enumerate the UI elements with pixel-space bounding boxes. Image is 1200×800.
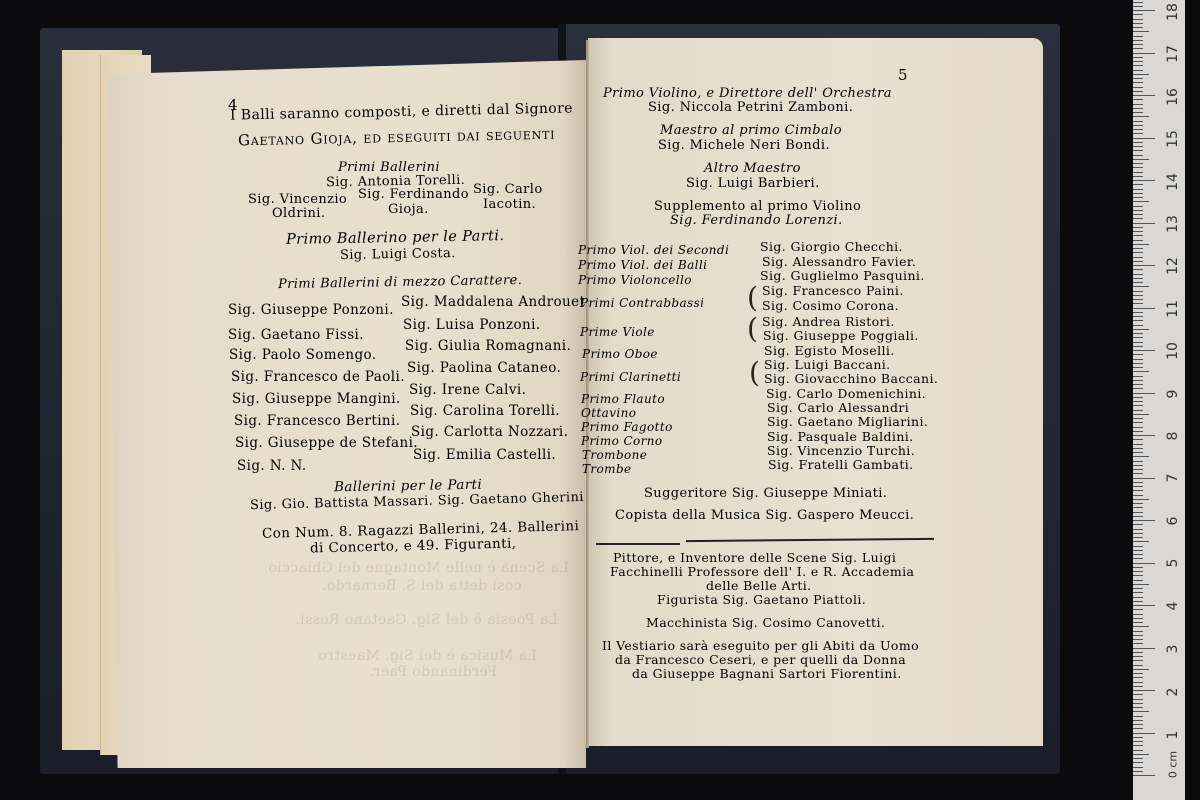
ruler-tick [1133, 609, 1143, 610]
ruler-tick [1133, 40, 1143, 41]
ruler-tick [1133, 486, 1143, 487]
ruler-tick [1133, 363, 1143, 364]
ruler-tick [1133, 405, 1143, 406]
ruler-tick [1133, 537, 1143, 538]
ruler-tick [1133, 550, 1143, 551]
ruler-tick [1133, 380, 1143, 381]
brace-icon: ( [749, 359, 760, 387]
ruler-tick [1133, 762, 1143, 763]
ruler-tick [1133, 10, 1155, 11]
ruler-tick [1133, 312, 1143, 313]
ruler-tick [1133, 393, 1155, 394]
ruler-tick [1133, 291, 1143, 292]
brace-icon: ( [747, 284, 758, 312]
ruler-number: 14 [1165, 170, 1181, 194]
ruler-tick [1133, 533, 1143, 534]
ruler-number: 4 [1165, 594, 1181, 618]
ruler-tick [1133, 278, 1143, 279]
role-title: Primo Violino, e Direttore dell' Orchest… [603, 86, 892, 101]
ruler-tick [1133, 78, 1143, 79]
ruler-tick [1133, 27, 1143, 28]
measuring-ruler: 0 cm 1 2 3 4 5 6 7 8 9 10 11 12 13 14 15… [1133, 0, 1185, 800]
ruler-tick [1133, 142, 1143, 143]
dancer-name: Sig. Giuseppe Mangini. [232, 391, 401, 407]
ruler-tick [1133, 282, 1143, 283]
ruler-tick [1133, 57, 1143, 58]
ruler-tick [1133, 584, 1149, 585]
dancer-name: Oldrini. [272, 206, 325, 221]
ruler-tick [1133, 159, 1149, 160]
musician-name: Sig. Pasquale Baldini. [767, 429, 914, 444]
ruler-tick [1133, 104, 1143, 105]
ruler-tick [1133, 206, 1143, 207]
dancer-name: Sig. Giuseppe Ponzoni. [228, 302, 394, 318]
vestiario-line-3: da Giuseppe Bagnani Sartori Fiorentini. [632, 666, 902, 681]
musician-name: Sig. Francesco Paini. [762, 283, 904, 298]
ruler-tick [1133, 677, 1143, 678]
ruler-tick [1133, 129, 1143, 130]
ruler-tick [1133, 431, 1143, 432]
ruler-tick [1133, 699, 1143, 700]
ruler-number: 7 [1165, 466, 1181, 490]
ruler-tick [1133, 14, 1143, 15]
bleed-through-text: La Poesia è del Sig. Gaetano Rossi. [295, 612, 558, 628]
ruler-tick [1133, 269, 1143, 270]
role-name: Sig. Michele Neri Bondi. [658, 138, 830, 153]
ruler-tick [1133, 435, 1155, 436]
ruler-tick [1133, 274, 1143, 275]
musician-name: Sig. Guglielmo Pasquini. [760, 268, 925, 283]
dancer-name: Sig. Luisa Ponzoni. [403, 317, 541, 333]
ruler-tick [1133, 452, 1143, 453]
page-number-right: 5 [898, 66, 908, 84]
ruler-tick [1133, 172, 1143, 173]
divider-rule [596, 543, 680, 545]
ruler-tick [1133, 469, 1143, 470]
role-name: Sig. Ferdinando Lorenzi. [670, 213, 843, 228]
ruler-tick [1133, 575, 1143, 576]
brace-icon: ( [747, 315, 758, 343]
ruler-tick [1133, 36, 1143, 37]
ruler-tick [1133, 6, 1143, 7]
ruler-tick [1133, 422, 1143, 423]
ruler-number: 12 [1165, 254, 1181, 278]
ruler-tick [1133, 227, 1143, 228]
ruler-tick [1133, 745, 1143, 746]
ruler-tick [1133, 367, 1143, 368]
ruler-tick [1133, 180, 1155, 181]
instrument-label: Primo Corno [581, 434, 663, 448]
ruler-tick [1133, 648, 1155, 649]
ruler-tick [1133, 626, 1149, 627]
musician-name: Sig. Cosimo Corona. [762, 298, 899, 313]
instrument-label: Primo Viol. dei Secondi [578, 243, 729, 257]
musician-name: Sig. Egisto Moselli. [764, 343, 895, 358]
ruler-tick [1133, 597, 1143, 598]
ruler-number: 16 [1165, 85, 1181, 109]
ruler-tick [1133, 150, 1143, 151]
dancer-name: Sig. Paolina Cataneo. [407, 360, 561, 376]
ruler-tick [1133, 95, 1155, 96]
ruler-tick [1133, 665, 1143, 666]
ruler-tick [1133, 235, 1143, 236]
ruler-tick [1133, 694, 1143, 695]
instrument-label: Primo Flauto [581, 392, 665, 406]
ruler-tick [1133, 74, 1149, 75]
ruler-tick [1133, 669, 1149, 670]
ruler-tick [1133, 333, 1143, 334]
ruler-tick [1133, 210, 1143, 211]
ruler-tick [1133, 201, 1149, 202]
ruler-tick [1133, 184, 1143, 185]
ruler-tick [1133, 23, 1143, 24]
ruler-tick [1133, 588, 1143, 589]
ruler-tick [1133, 193, 1143, 194]
musician-name: Sig. Carlo Domenichini. [766, 386, 926, 401]
ruler-number: 15 [1165, 127, 1181, 151]
ruler-tick [1133, 342, 1143, 343]
ruler-number: 10 [1165, 339, 1181, 363]
bleed-through-text: La Musica è del Sig. Maestro [318, 648, 537, 664]
vestiario-line-2: da Francesco Ceseri, e per quelli da Don… [615, 652, 906, 667]
ruler-tick [1133, 48, 1143, 49]
ruler-tick [1133, 354, 1143, 355]
ruler-tick [1133, 520, 1155, 521]
ruler-tick [1133, 337, 1143, 338]
ruler-number: 9 [1165, 382, 1181, 406]
dancer-name: Sig. Carlotta Nozzari. [411, 424, 568, 440]
ruler-tick [1133, 316, 1143, 317]
ruler-tick [1133, 82, 1143, 83]
ruler-tick [1133, 44, 1143, 45]
ruler-tick [1133, 703, 1143, 704]
ruler-tick [1133, 2, 1143, 3]
ruler-tick [1133, 427, 1143, 428]
dancer-name: Sig. Maddalena Androuet. [401, 294, 590, 310]
ruler-tick [1133, 580, 1143, 581]
ruler-tick [1133, 138, 1155, 139]
ruler-tick [1133, 121, 1143, 122]
ruler-number: 17 [1165, 42, 1181, 66]
ruler-tick [1133, 87, 1143, 88]
ruler-tick [1133, 775, 1155, 776]
ruler-number: 13 [1165, 212, 1181, 236]
ruler-tick [1133, 91, 1143, 92]
ruler-tick [1133, 716, 1143, 717]
ruler-tick [1133, 499, 1149, 500]
ruler-tick [1133, 465, 1143, 466]
instrument-label: Primo Fagotto [581, 420, 673, 434]
ruler-tick [1133, 397, 1143, 398]
ruler-tick [1133, 724, 1143, 725]
ruler-tick [1133, 567, 1143, 568]
ruler-tick [1133, 711, 1149, 712]
instrument-label: Primi Contrabbassi [580, 296, 704, 310]
ruler-tick [1133, 512, 1143, 513]
dancer-name: Sig. Vincenzio [248, 192, 347, 207]
pittore-line-2: Facchinelli Professore dell' I. e R. Acc… [610, 564, 914, 579]
ruler-tick [1133, 605, 1155, 606]
instrument-label: Ottavino [581, 406, 636, 420]
ruler-tick [1133, 456, 1149, 457]
dancer-name: Sig. Emilia Castelli. [413, 447, 556, 463]
ruler-tick [1133, 656, 1143, 657]
ruler-tick [1133, 546, 1143, 547]
ruler-unit-label: 0 cm [1167, 747, 1180, 783]
ruler-tick [1133, 652, 1143, 653]
ruler-tick [1133, 108, 1143, 109]
ruler-tick [1133, 231, 1143, 232]
suggeritore-line: Suggeritore Sig. Giuseppe Miniati. [644, 486, 887, 501]
bleed-through-text: così detta del S. Bernardo. [322, 578, 522, 594]
ruler-tick [1133, 125, 1143, 126]
ruler-tick [1133, 707, 1143, 708]
ruler-tick [1133, 359, 1143, 360]
ruler-tick [1133, 728, 1143, 729]
ruler-tick [1133, 622, 1143, 623]
ruler-tick [1133, 65, 1143, 66]
ruler-tick [1133, 346, 1143, 347]
dancer-name: Sig. Ferdinando [358, 187, 469, 202]
ruler-tick [1133, 507, 1143, 508]
musician-name: Sig. Giorgio Checchi. [760, 239, 903, 254]
ruler-tick [1133, 490, 1143, 491]
copista-line: Copista della Musica Sig. Gaspero Meucci… [615, 508, 914, 523]
dancer-name: Sig. Gaetano Fissi. [228, 327, 364, 343]
ruler-tick [1133, 448, 1143, 449]
bleed-through-text: La Scena è nelle Montagne del Ghiaccio [268, 560, 569, 576]
ruler-tick [1133, 767, 1143, 768]
musician-name: Sig. Alessandro Favier. [762, 254, 916, 269]
dancer-name: Sig. Irene Calvi. [409, 382, 526, 398]
ruler-number: 6 [1165, 509, 1181, 533]
ruler-tick [1133, 758, 1143, 759]
ruler-number: 11 [1165, 297, 1181, 321]
pittore-line-3: delle Belle Arti. [706, 578, 812, 593]
ruler-tick [1133, 554, 1143, 555]
ruler-number: 1 [1165, 723, 1181, 747]
ruler-tick [1133, 673, 1143, 674]
dancer-name: Sig. Carolina Torelli. [410, 403, 560, 419]
ruler-tick [1133, 635, 1143, 636]
ruler-tick [1133, 631, 1143, 632]
pittore-line-1: Pittore, e Inventore delle Scene Sig. Lu… [613, 550, 896, 565]
ruler-tick [1133, 31, 1149, 32]
ruler-tick [1133, 244, 1149, 245]
ruler-tick [1133, 388, 1143, 389]
ruler-tick [1133, 70, 1143, 71]
ruler-tick [1133, 299, 1143, 300]
ruler-tick [1133, 682, 1143, 683]
ruler-tick [1133, 19, 1143, 20]
ruler-tick [1133, 261, 1143, 262]
musician-name: Sig. Luigi Baccani. [764, 357, 891, 372]
ruler-number: 8 [1165, 424, 1181, 448]
instrument-label: Prime Viole [580, 325, 655, 339]
ruler-tick [1133, 478, 1155, 479]
role-title: Supplemento al primo Violino [654, 199, 861, 214]
ruler-tick [1133, 325, 1143, 326]
bleed-through-text: Ferdinando Paer. [370, 664, 497, 680]
ruler-tick [1133, 189, 1143, 190]
figurista-line: Figurista Sig. Gaetano Piattoli. [657, 592, 866, 607]
ruler-tick [1133, 218, 1143, 219]
dancer-name: Sig. Francesco de Paoli. [231, 369, 405, 385]
ruler-number: 3 [1165, 637, 1181, 661]
ruler-tick [1133, 265, 1155, 266]
ruler-tick [1133, 252, 1143, 253]
instrument-label: Primo Oboe [582, 347, 658, 361]
instrument-label: Primo Viol. dei Balli [578, 258, 707, 272]
ruler-tick [1133, 461, 1143, 462]
ruler-tick [1133, 439, 1143, 440]
ruler-tick [1133, 516, 1143, 517]
ruler-tick [1133, 116, 1149, 117]
ruler-tick [1133, 53, 1155, 54]
ruler-tick [1133, 524, 1143, 525]
role-title: Altro Maestro [704, 161, 801, 176]
ruler-tick [1133, 329, 1149, 330]
ruler-tick [1133, 176, 1143, 177]
ruler-tick [1133, 133, 1143, 134]
ruler-tick [1133, 350, 1155, 351]
musician-name: Sig. Giovacchino Baccani. [764, 371, 938, 386]
ruler-tick [1133, 686, 1143, 687]
ruler-tick [1133, 660, 1143, 661]
ruler-tick [1133, 754, 1149, 755]
ruler-tick [1133, 248, 1143, 249]
ruler-tick [1133, 503, 1143, 504]
musician-name: Sig. Fratelli Gambati. [768, 457, 914, 472]
ruler-tick [1133, 99, 1143, 100]
ruler-tick [1133, 197, 1143, 198]
ruler-tick [1133, 771, 1143, 772]
dancer-name: Gioja. [388, 202, 429, 217]
ruler-tick [1133, 146, 1143, 147]
macchinista-line: Macchinista Sig. Cosimo Canovetti. [646, 615, 885, 630]
ruler-tick [1133, 303, 1143, 304]
role-title: Maestro al primo Cimbalo [660, 123, 842, 138]
ruler-tick [1133, 61, 1143, 62]
ruler-tick [1133, 690, 1155, 691]
ruler-tick [1133, 163, 1143, 164]
musician-name: Sig. Giuseppe Poggiali. [763, 328, 919, 343]
ruler-tick [1133, 286, 1149, 287]
ruler-tick [1133, 414, 1149, 415]
dancer-name: Sig. Giulia Romagnani. [405, 338, 571, 354]
instrument-label: Trombone [582, 448, 647, 462]
ruler-tick [1133, 401, 1143, 402]
ruler-number: 18 [1165, 0, 1181, 24]
musician-name: Sig. Andrea Ristori. [762, 314, 895, 329]
ruler-tick [1133, 741, 1143, 742]
ruler-tick [1133, 410, 1143, 411]
dancer-name: Sig. Paolo Somengo. [229, 347, 376, 363]
ruler-tick [1133, 257, 1143, 258]
ruler-tick [1133, 295, 1143, 296]
ruler-tick [1133, 571, 1143, 572]
ruler-tick [1133, 737, 1143, 738]
ruler-number: 5 [1165, 551, 1181, 575]
ruler-tick [1133, 639, 1143, 640]
dancer-name: Iacotin. [483, 197, 536, 212]
ruler-tick [1133, 155, 1143, 156]
instrument-label: Primi Clarinetti [580, 370, 681, 384]
ruler-tick [1133, 529, 1143, 530]
ruler-tick [1133, 720, 1143, 721]
musician-name: Sig. Vincenzio Turchi. [767, 443, 915, 458]
ruler-tick [1133, 320, 1143, 321]
instrument-label: Primo Violoncello [578, 273, 692, 287]
ruler-tick [1133, 376, 1143, 377]
instrument-label: Trombe [582, 462, 632, 476]
dancer-name: Sig. Luigi Costa. [340, 246, 456, 263]
ruler-tick [1133, 418, 1143, 419]
ruler-tick [1133, 444, 1143, 445]
dancer-name: Sig. Giuseppe de Stefani. [235, 435, 418, 451]
ruler-tick [1133, 112, 1143, 113]
ruler-tick [1133, 733, 1155, 734]
ruler-tick [1133, 750, 1143, 751]
ruler-tick [1133, 214, 1143, 215]
musician-name: Sig. Gaetano Migliarini. [767, 414, 928, 429]
ruler-tick [1133, 592, 1143, 593]
ruler-tick [1133, 558, 1143, 559]
ruler-tick [1133, 601, 1143, 602]
ruler-tick [1133, 618, 1143, 619]
ruler-tick [1133, 563, 1155, 564]
ruler-tick [1133, 541, 1149, 542]
ruler-tick [1133, 643, 1143, 644]
ruler-tick [1133, 167, 1143, 168]
musician-name: Sig. Carlo Alessandri [767, 400, 909, 415]
ruler-tick [1133, 223, 1155, 224]
vestiario-line-1: Il Vestiario sarà eseguito per gli Abiti… [602, 638, 919, 653]
ruler-tick [1133, 308, 1155, 309]
dancer-name: Sig. Carlo [473, 182, 543, 197]
ruler-number: 2 [1165, 680, 1181, 704]
ruler-tick [1133, 495, 1143, 496]
dancer-name: Sig. Francesco Bertini. [234, 413, 400, 429]
ruler-tick [1133, 384, 1143, 385]
ruler-tick [1133, 614, 1143, 615]
ruler-tick [1133, 482, 1143, 483]
dancer-name: Sig. N. N. [237, 458, 307, 474]
ruler-tick [1133, 371, 1149, 372]
role-name: Sig. Niccola Petrini Zamboni. [648, 100, 853, 115]
ruler-tick [1133, 473, 1143, 474]
role-name: Sig. Luigi Barbieri. [686, 176, 820, 191]
ruler-tick [1133, 240, 1143, 241]
